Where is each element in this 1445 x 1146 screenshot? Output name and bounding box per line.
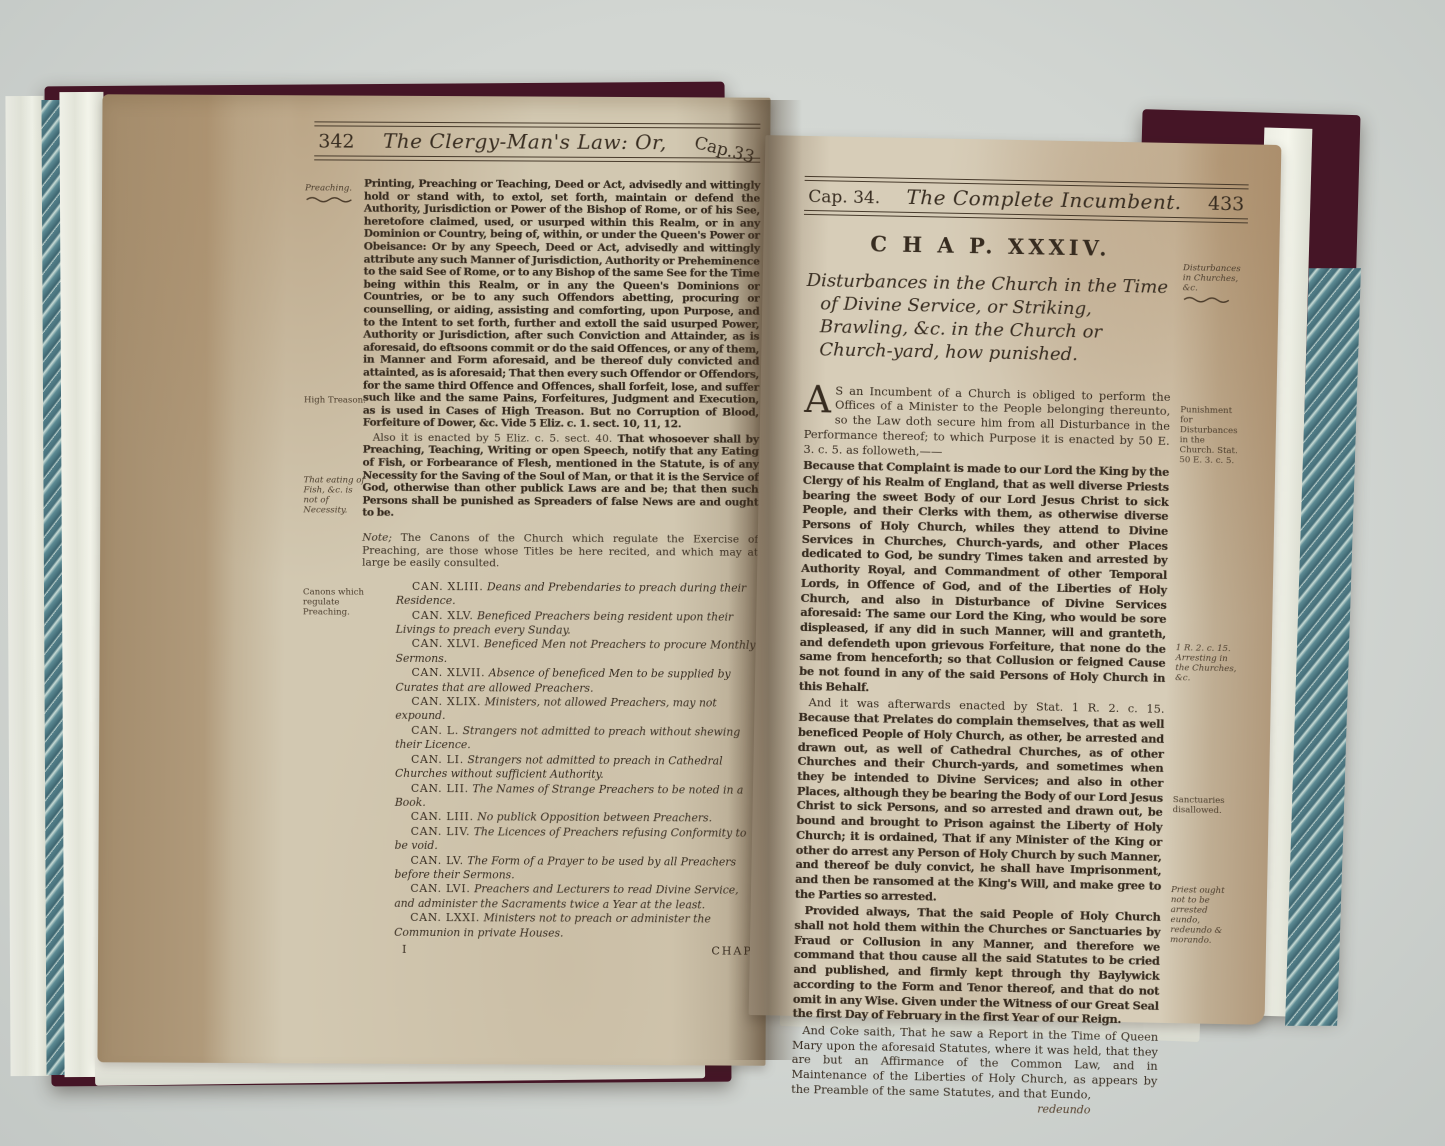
canon-number: CAN. LV.	[411, 853, 464, 866]
canon-entry: CAN. XLV. Beneficed Preachers being resi…	[384, 608, 758, 639]
canon-entry: CAN. LVI. Preachers and Lecturers to rea…	[382, 882, 756, 913]
canon-number: CAN. LIV.	[411, 825, 471, 838]
canon-number: CAN. LIII.	[411, 810, 474, 823]
canon-entry: CAN. XLVII. Absence of beneficed Men to …	[383, 666, 757, 697]
photo-backdrop: 342 The Clergy-Man's Law: Or, Cap.33 Pre…	[0, 0, 1445, 1146]
chapter-heading: C H A P. XXXIV.	[807, 236, 1173, 258]
canon-number: CAN. LVI.	[410, 882, 470, 895]
statute-paragraph: Provided always, That the said People of…	[792, 903, 1160, 1028]
canon-number: CAN. LXXI.	[410, 911, 480, 924]
statute-paragraph: Printing, Preaching or Teaching, Deed or…	[363, 178, 760, 432]
squiggle-flourish	[305, 194, 367, 206]
canon-number: CAN. XLIII.	[412, 580, 484, 593]
page-number: 342	[318, 130, 354, 152]
body-paragraph: AS an Incumbent of a Church is obliged t…	[803, 383, 1170, 464]
signature-mark: I	[360, 944, 406, 957]
statute-paragraph: Because that Complaint is made to our Lo…	[799, 458, 1169, 700]
canon-entry: CAN. LIV. The Licences of Preachers refu…	[383, 824, 757, 855]
squiggle-flourish	[1182, 294, 1244, 307]
chapter-subtitle: Disturbances in the Church in the Time o…	[819, 269, 1173, 368]
margin-note: Preaching.	[305, 183, 367, 206]
right-page-header: Cap. 34. The Complete Incumbent. 433	[804, 176, 1249, 224]
statute-paragraph: And it was afterwards enacted by Stat. 1…	[795, 695, 1165, 908]
left-page-footer: I CHAP.	[360, 944, 756, 959]
gutter-shadow	[728, 100, 802, 1060]
canon-number: CAN. XLV.	[412, 609, 474, 622]
margin-note: High Treason.	[304, 395, 366, 405]
left-page: 342 The Clergy-Man's Law: Or, Cap.33 Pre…	[97, 94, 770, 1065]
left-text-column: Printing, Preaching or Teaching, Deed or…	[360, 178, 760, 959]
statute-paragraph: Also it is enacted by 5 Eliz. c. 5. sect…	[362, 432, 758, 522]
margin-note: Punishment for Disturbances in the Churc…	[1179, 405, 1242, 466]
canon-number: CAN. L.	[411, 724, 459, 737]
canon-number: CAN. LII.	[411, 781, 469, 794]
drop-cap: A	[804, 383, 835, 416]
page-number: 433	[1208, 193, 1245, 216]
right-text-column: C H A P. XXXIV. Disturbances in the Chur…	[791, 236, 1174, 1120]
canon-list: CAN. XLIII. Deans and Prebendaries to pr…	[360, 579, 758, 941]
margin-note: That eating of Fish, &c. is not of Neces…	[303, 475, 365, 515]
canon-entry: CAN. LII. The Names of Strange Preachers…	[383, 781, 757, 812]
margin-note: Priest ought not to be arrested eundo, r…	[1170, 885, 1233, 946]
running-title: The Complete Incumbent.	[906, 185, 1182, 214]
canon-title: No publick Opposition between Preachers.	[477, 811, 712, 825]
margin-note: Canons which regulate Preaching.	[303, 587, 365, 617]
canon-number: CAN. XLVII.	[411, 666, 485, 679]
running-title: The Clergy-Man's Law: Or,	[383, 129, 667, 154]
margin-note: Sanctuaries disallowed.	[1173, 795, 1235, 816]
note-paragraph: Note; The Canons of the Church which reg…	[362, 532, 758, 572]
canon-number: CAN. LI.	[411, 753, 464, 766]
left-page-header: 342 The Clergy-Man's Law: Or, Cap.33	[314, 121, 760, 162]
canon-entry: CAN. L. Strangers not admitted to preach…	[383, 724, 757, 755]
canon-entry: CAN. LV. The Form of a Prayer to be used…	[382, 853, 756, 884]
margin-note: Disturbances in Churches, &c.	[1182, 263, 1245, 307]
chapter-label: Cap. 34.	[808, 187, 880, 208]
canon-entry: CAN. XLIX. Ministers, not allowed Preach…	[383, 695, 757, 726]
canon-number: CAN. XLVI.	[412, 637, 481, 650]
canon-number: CAN. XLIX.	[411, 695, 481, 708]
canon-entry: CAN. LXXI. Ministers not to preach or ad…	[382, 911, 756, 942]
canon-entry: CAN. LI. Strangers not admitted to preac…	[383, 752, 757, 783]
header-rule-bottom	[314, 155, 760, 162]
canon-entry: CAN. XLVI. Beneficed Men not Preachers t…	[384, 637, 758, 668]
margin-note: 1 R. 2. c. 15. Arresting in the Churches…	[1175, 643, 1238, 684]
canon-entry: CAN. XLIII. Deans and Prebendaries to pr…	[384, 580, 758, 611]
body-paragraph: And Coke saith, That he saw a Report in …	[791, 1023, 1158, 1104]
right-page: Cap. 34. The Complete Incumbent. 433 Dis…	[749, 135, 1282, 1025]
